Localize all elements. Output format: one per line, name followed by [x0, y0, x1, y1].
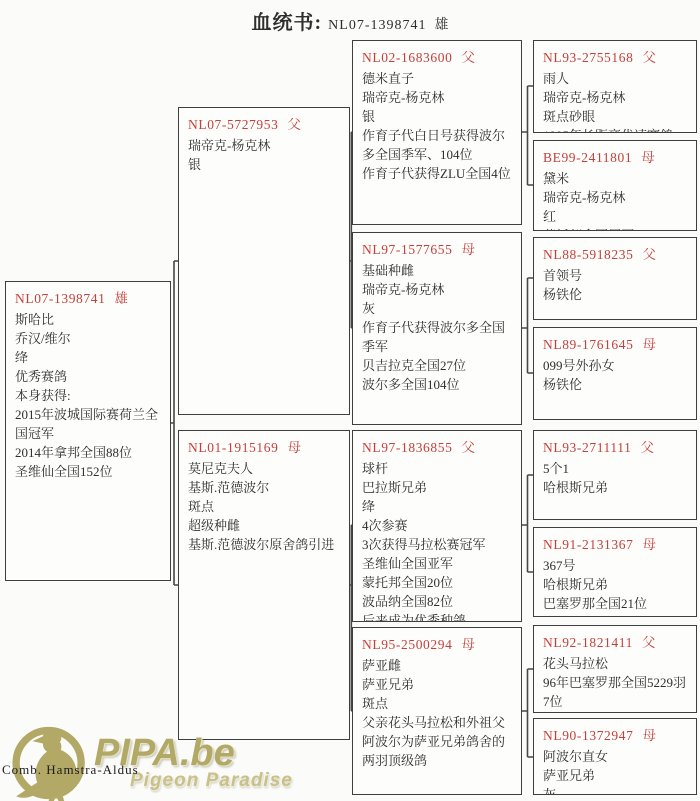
pedigree-box-gm-paternal: NL97-1577655母 基础种雌瑞帝克-杨克林灰作育子代获得波尔多全国季军贝…: [352, 232, 522, 425]
info-line: 波品纳全国82位: [362, 592, 512, 611]
box-header: NL93-2755168父: [543, 46, 687, 66]
info-line: 作育子代白日号获得波尔多全国季军、104位: [362, 126, 512, 164]
box-body: 阿波尔直女萨亚兄弟灰: [543, 747, 687, 795]
info-line: 94年波品纳全国5024羽9位: [543, 711, 687, 713]
info-line: 圣维仙全国152位: [15, 462, 161, 481]
info-line: 作育子代获得波尔多全国季军: [362, 318, 512, 356]
box-header: NL90-1372947母: [543, 724, 687, 744]
pedigree-box-mother: NL01-1915169母 莫尼克夫人基斯.范德波尔斑点超级种雌基斯.范德波尔原…: [178, 430, 350, 740]
box-body: 基础种雌瑞帝克-杨克林灰作育子代获得波尔多全国季军贝吉拉克全国27位波尔多全国1…: [362, 261, 512, 394]
info-line: 蒙托邦全国20位: [362, 573, 512, 592]
ring-number: NL97-1836855: [362, 440, 452, 455]
info-line: 基斯.范德波尔原舍鸽引进: [188, 535, 340, 554]
sex-label: 父: [642, 635, 656, 650]
info-line: 哈根斯兄弟: [543, 478, 687, 497]
box-header: NL91-2131367母: [543, 533, 687, 553]
info-line: 花头马拉松: [543, 654, 687, 673]
info-line: 2014年拿邦全国88位: [15, 443, 161, 462]
sex-label: 雄: [114, 291, 128, 306]
info-line: 瑞帝克-杨克林: [543, 188, 687, 207]
pedigree-box-ggm-4: NL90-1372947母 阿波尔直女萨亚兄弟灰: [533, 718, 697, 795]
sex-label: 母: [642, 728, 656, 743]
info-line: 优秀赛鸽: [15, 367, 161, 386]
ring-number: BE99-2411801: [543, 150, 632, 165]
info-line: 后来成为优秀种鸽: [362, 611, 512, 622]
sex-label: 父: [287, 117, 301, 132]
info-line: 波尔多全国104位: [362, 375, 512, 394]
box-body: 球杆巴拉斯兄弟绛4次参赛3次获得马拉松赛冠军圣维仙全国亚军蒙托邦全国20位波品纳…: [362, 459, 512, 622]
box-header: NL07-1398741雄: [15, 287, 161, 307]
pedigree-box-ggf-1: NL93-2755168父 雨人瑞帝克-杨克林斑点砂眼1995年长距离优速赛鸽: [533, 40, 697, 133]
box-body: 莫尼克夫人基斯.范德波尔斑点超级种雌基斯.范德波尔原舍鸽引进: [188, 459, 340, 554]
info-line: 本身获得:: [15, 386, 161, 405]
ring-number: NL07-1398741: [15, 291, 105, 306]
box-body: 瑞帝克-杨克林银: [188, 136, 340, 174]
box-body: 367号哈根斯兄弟巴塞罗那全国21位: [543, 556, 687, 613]
box-header: NL07-5727953父: [188, 113, 340, 133]
sex-label: 父: [642, 50, 656, 65]
info-line: 斑点砂眼: [543, 107, 687, 126]
box-body: 斯哈比乔汉/维尔绛优秀赛鸽本身获得:2015年波城国际赛荷兰全国冠军2014年拿…: [15, 310, 161, 481]
pipa-logo: PIPA.be Pigeon Paradise Comb. Hamstra-Al…: [2, 722, 242, 801]
pedigree-page: 血统书:NL07-1398741雄 NL07-1398741雄 斯哈比乔汉/维尔…: [0, 0, 700, 801]
ring-number: NL89-1761645: [543, 337, 633, 352]
box-body: 花头马拉松96年巴塞罗那全国5229羽7位94年波品纳全国5024羽9位: [543, 654, 687, 713]
box-header: NL97-1577655母: [362, 238, 512, 258]
sex-label: 母: [641, 150, 655, 165]
box-body: 首领号杨铁伦: [543, 266, 687, 304]
connector-line: [522, 475, 533, 572]
sex-label: 父: [461, 50, 475, 65]
info-line: 萨亚兄弟: [543, 766, 687, 785]
box-header: NL02-1683600父: [362, 46, 512, 66]
info-line: 4次参赛: [362, 516, 512, 535]
pedigree-box-ggf-2: NL88-5918235父 首领号杨铁伦: [533, 237, 697, 320]
box-body: 德米直子瑞帝克-杨克林银作育子代白日号获得波尔多全国季军、104位作育子代获得Z…: [362, 69, 512, 183]
info-line: 雨人: [543, 69, 687, 88]
info-line: 瑞帝克-杨克林: [188, 136, 340, 155]
ring-number: NL95-2500294: [362, 637, 452, 652]
sex-label: 父: [642, 247, 656, 262]
connector-line: [522, 86, 533, 185]
box-header: NL95-2500294母: [362, 633, 512, 653]
info-line: 杨铁伦: [543, 285, 687, 304]
info-line: 阿波尔直女: [543, 747, 687, 766]
pedigree-box-ggm-2: NL89-1761645母 099号外孙女杨铁伦: [533, 327, 697, 420]
pedigree-box-ggf-3: NL93-2711111父 5个1哈根斯兄弟: [533, 430, 697, 520]
ring-number: NL01-1915169: [188, 440, 278, 455]
box-header: NL89-1761645母: [543, 333, 687, 353]
info-line: 哈根斯兄弟: [543, 575, 687, 594]
sex-label: 母: [642, 337, 656, 352]
info-line: 黛米: [543, 169, 687, 188]
box-header: NL01-1915169母: [188, 436, 340, 456]
pedigree-box-ggm-1: BE99-2411801母 黛米瑞帝克-杨克林红蒙托邦全国冠军: [533, 140, 697, 231]
info-line: 莫尼克夫人: [188, 459, 340, 478]
box-header: BE99-2411801母: [543, 146, 687, 166]
info-line: 萨亚兄弟: [362, 675, 512, 694]
info-line: 瑞帝克-杨克林: [362, 280, 512, 299]
pedigree-box-gf-paternal: NL02-1683600父 德米直子瑞帝克-杨克林银作育子代白日号获得波尔多全国…: [352, 40, 522, 225]
connector-line: [522, 669, 533, 757]
info-line: 银: [362, 107, 512, 126]
info-line: 球杆: [362, 459, 512, 478]
info-line: 父亲花头马拉松和外祖父阿波尔为萨亚兄弟鸽舍的两羽顶级鸽: [362, 713, 512, 770]
pedigree-box-father: NL07-5727953父 瑞帝克-杨克林银: [178, 107, 350, 415]
box-header: NL92-1821411父: [543, 631, 687, 651]
ring-number: NL93-2755168: [543, 50, 633, 65]
loft-name-text: Comb. Hamstra-Aldus: [2, 762, 139, 778]
info-line: 斑点: [188, 497, 340, 516]
info-line: 基斯.范德波尔: [188, 478, 340, 497]
info-line: 5个1: [543, 459, 687, 478]
info-line: 银: [188, 155, 340, 174]
info-line: 超级种雌: [188, 516, 340, 535]
box-header: NL93-2711111父: [543, 436, 687, 456]
box-body: 5个1哈根斯兄弟: [543, 459, 687, 497]
info-line: 基础种雌: [362, 261, 512, 280]
info-line: 瑞帝克-杨克林: [362, 88, 512, 107]
ring-number: NL97-1577655: [362, 242, 452, 257]
box-body: 099号外孙女杨铁伦: [543, 356, 687, 394]
box-header: NL88-5918235父: [543, 243, 687, 263]
connector-line: [170, 261, 178, 585]
info-line: 乔汉/维尔: [15, 329, 161, 348]
info-line: 萨亚雌: [362, 656, 512, 675]
ring-number: NL07-5727953: [188, 117, 278, 132]
box-header: NL97-1836855父: [362, 436, 512, 456]
info-line: 首领号: [543, 266, 687, 285]
info-line: 367号: [543, 556, 687, 575]
ring-number: NL91-2131367: [543, 537, 633, 552]
info-line: 1995年长距离优速赛鸽: [543, 126, 687, 133]
info-line: 巴塞罗那全国21位: [543, 594, 687, 613]
info-line: 圣维仙全国亚军: [362, 554, 512, 573]
info-line: 斑点: [362, 694, 512, 713]
box-body: 黛米瑞帝克-杨克林红蒙托邦全国冠军: [543, 169, 687, 231]
info-line: 099号外孙女: [543, 356, 687, 375]
info-line: 绛: [362, 497, 512, 516]
ring-number: NL92-1821411: [543, 635, 633, 650]
box-body: 萨亚雌萨亚兄弟斑点父亲花头马拉松和外祖父阿波尔为萨亚兄弟鸽舍的两羽顶级鸽: [362, 656, 512, 770]
info-line: 作育子代获得ZLU全国4位: [362, 164, 512, 183]
sex-label: 父: [461, 440, 475, 455]
box-body: 雨人瑞帝克-杨克林斑点砂眼1995年长距离优速赛鸽: [543, 69, 687, 133]
info-line: 96年巴塞罗那全国5229羽7位: [543, 673, 687, 711]
info-line: 灰: [362, 299, 512, 318]
info-line: 红: [543, 207, 687, 226]
logo-tagline-text: Pigeon Paradise: [130, 770, 293, 792]
info-line: 2015年波城国际赛荷兰全国冠军: [15, 405, 161, 443]
info-line: 杨铁伦: [543, 375, 687, 394]
pedigree-box-gf-maternal: NL97-1836855父 球杆巴拉斯兄弟绛4次参赛3次获得马拉松赛冠军圣维仙全…: [352, 430, 522, 622]
ring-number: NL88-5918235: [543, 247, 633, 262]
ring-number: NL93-2711111: [543, 440, 631, 455]
info-line: 斯哈比: [15, 310, 161, 329]
info-line: 灰: [543, 785, 687, 795]
info-line: 蒙托邦全国冠军: [543, 226, 687, 231]
sex-label: 母: [461, 637, 475, 652]
connector-line: [522, 278, 533, 373]
sex-label: 母: [642, 537, 656, 552]
pedigree-box-ggf-4: NL92-1821411父 花头马拉松96年巴塞罗那全国5229羽7位94年波品…: [533, 625, 697, 713]
pedigree-box-gm-maternal: NL95-2500294母 萨亚雌萨亚兄弟斑点父亲花头马拉松和外祖父阿波尔为萨亚…: [352, 627, 522, 795]
info-line: 3次获得马拉松赛冠军: [362, 535, 512, 554]
ring-number: NL90-1372947: [543, 728, 633, 743]
info-line: 巴拉斯兄弟: [362, 478, 512, 497]
info-line: 德米直子: [362, 69, 512, 88]
info-line: 瑞帝克-杨克林: [543, 88, 687, 107]
info-line: 贝吉拉克全国27位: [362, 356, 512, 375]
sex-label: 母: [287, 440, 301, 455]
sex-label: 父: [640, 440, 654, 455]
pedigree-box-ggm-3: NL91-2131367母 367号哈根斯兄弟巴塞罗那全国21位: [533, 527, 697, 617]
info-line: 绛: [15, 348, 161, 367]
ring-number: NL02-1683600: [362, 50, 452, 65]
sex-label: 母: [461, 242, 475, 257]
pedigree-box-subject: NL07-1398741雄 斯哈比乔汉/维尔绛优秀赛鸽本身获得:2015年波城国…: [5, 281, 171, 581]
